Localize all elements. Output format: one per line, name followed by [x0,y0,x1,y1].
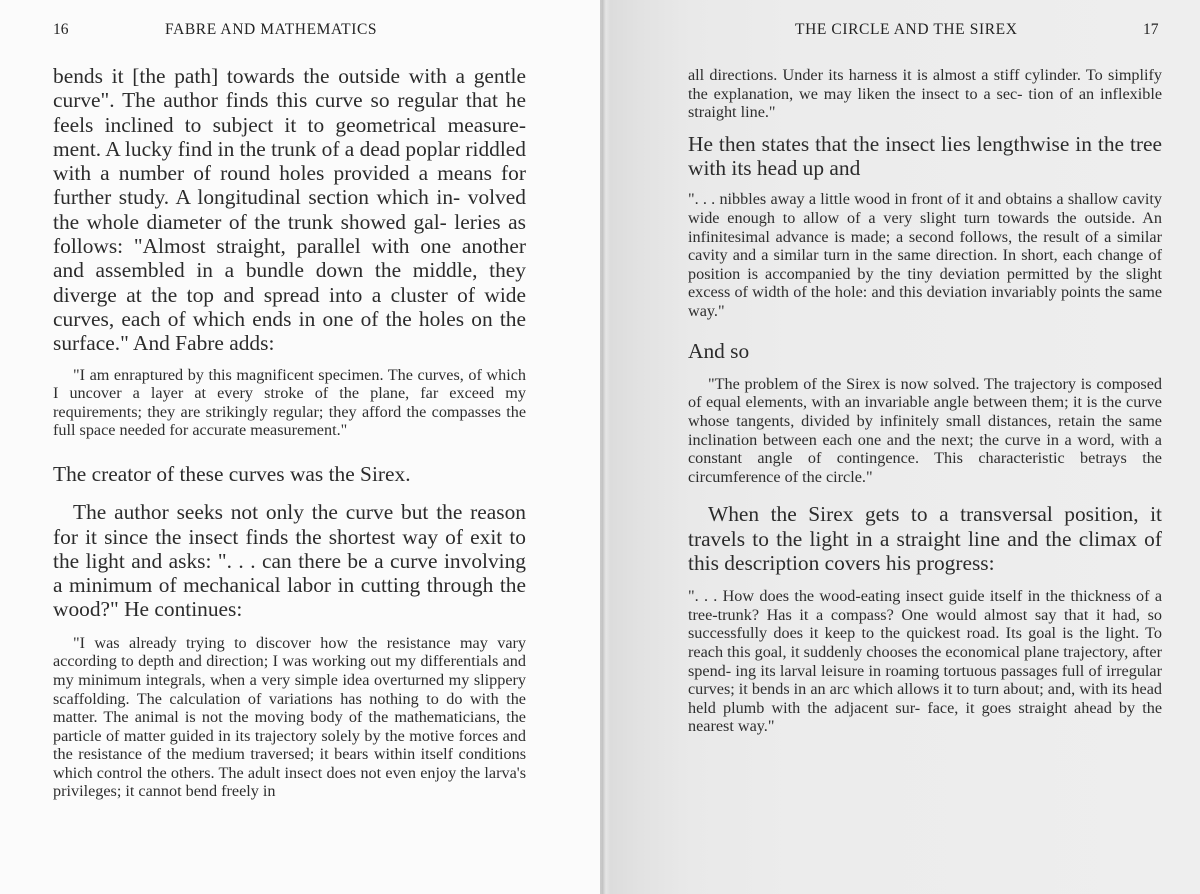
paragraph: bends it [the path] towards the outside … [53,64,526,356]
right-page: THE CIRCLE AND THE SIREX 17 all directio… [600,0,1200,894]
paragraph: And so [688,339,1162,363]
running-head-right: THE CIRCLE AND THE SIREX [795,21,1018,39]
left-page-body: bends it [the path] towards the outside … [53,64,526,801]
block-quote: "The problem of the Sirex is now solved.… [688,375,1162,487]
block-quote: "I am enraptured by this magnificent spe… [53,366,526,440]
left-page: 16 FABRE AND MATHEMATICS bends it [the p… [0,0,600,894]
page-number-left: 16 [53,21,69,39]
paragraph: The creator of these curves was the Sire… [53,462,526,486]
block-quote: all directions. Under its harness it is … [688,66,1162,122]
paragraph: The author seeks not only the curve but … [53,500,526,621]
block-quote: "I was already trying to discover how th… [53,634,526,801]
running-head-left: FABRE AND MATHEMATICS [165,21,377,39]
block-quote: ". . . nibbles away a little wood in fro… [688,190,1162,320]
paragraph: When the Sirex gets to a transversal pos… [688,502,1162,575]
paragraph: He then states that the insect lies leng… [688,132,1162,181]
book-gutter [600,0,603,894]
page-number-right: 17 [1143,21,1159,39]
block-quote: ". . . How does the wood-eating insect g… [688,587,1162,736]
right-page-body: all directions. Under its harness it is … [688,66,1162,736]
